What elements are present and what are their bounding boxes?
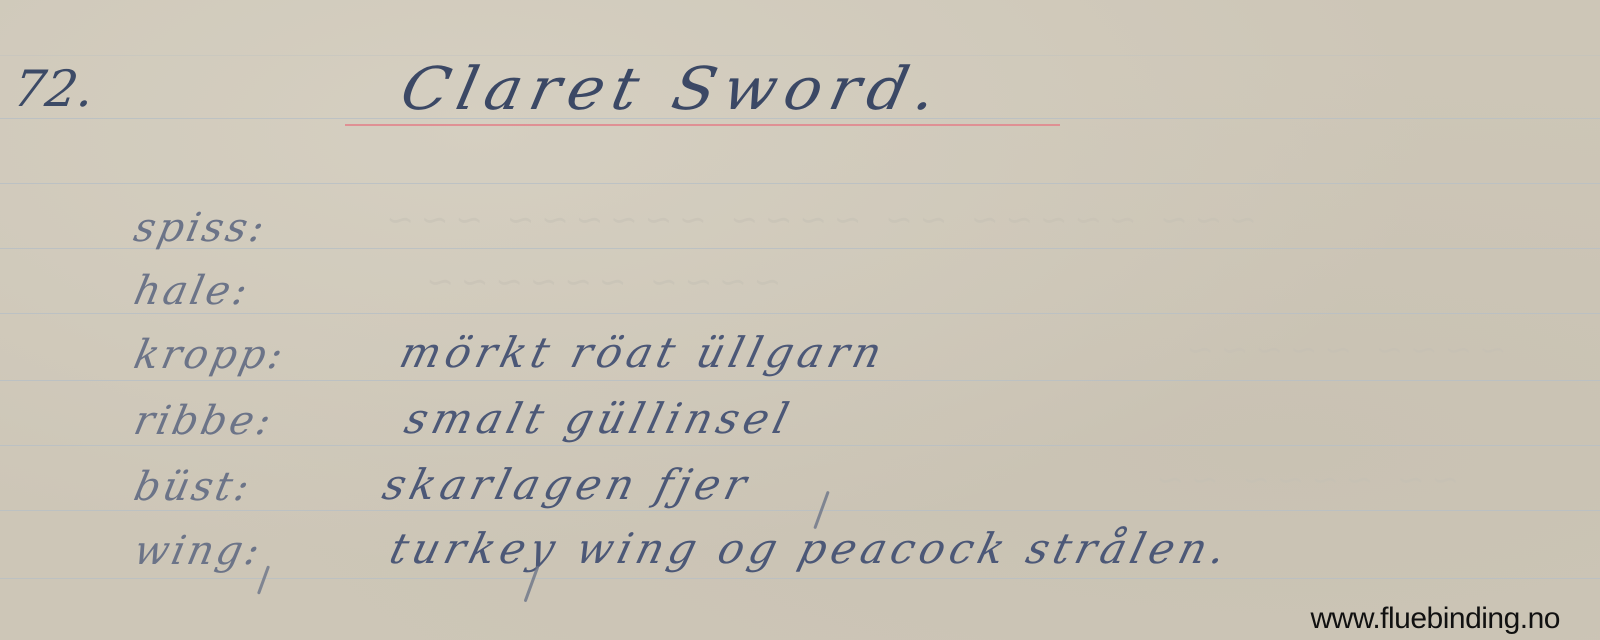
field-value-wing: turkey wing og peacock strålen. <box>385 524 1236 573</box>
ruled-line <box>0 183 1600 184</box>
website-watermark: www.fluebinding.no <box>1310 602 1560 636</box>
bleed-through-text: ~~~~ ~~~~~ <box>1176 330 1510 370</box>
bleed-through-text: ~~~~ ~~~~~~ <box>416 262 785 302</box>
entry-number: 72. <box>10 60 98 118</box>
bleed-through-text: ~~~ ~~~~~ ~~ ~~~~ ~~~~~~ ~~~ <box>376 200 1260 240</box>
field-value-bust: skarlagen fjer <box>378 460 756 509</box>
ruled-line <box>0 578 1600 579</box>
ruled-line <box>0 510 1600 511</box>
field-value-ribbe: smalt güllinsel <box>400 394 798 443</box>
notebook-page: ~~~ ~~~~~ ~~ ~~~~ ~~~~~~ ~~~ ~~~~ ~~~~~~… <box>0 0 1600 640</box>
field-label-ribbe: ribbe: <box>130 398 278 444</box>
field-label-wing: wing: <box>130 528 267 574</box>
ruled-line <box>0 445 1600 446</box>
field-label-bust: büst: <box>130 464 256 510</box>
fly-pattern-title: Claret Sword. <box>395 54 951 123</box>
field-label-spiss: spiss: <box>130 205 271 251</box>
bleed-through-text: ~~ ~~~~ ~~ <box>1146 460 1463 500</box>
field-label-kropp: kropp: <box>130 332 290 378</box>
ruled-line <box>0 380 1600 381</box>
field-label-hale: hale: <box>130 268 254 314</box>
field-value-kropp: mörkt röat üllgarn <box>395 328 892 377</box>
title-underline <box>345 124 1060 126</box>
pen-descender <box>257 565 270 594</box>
